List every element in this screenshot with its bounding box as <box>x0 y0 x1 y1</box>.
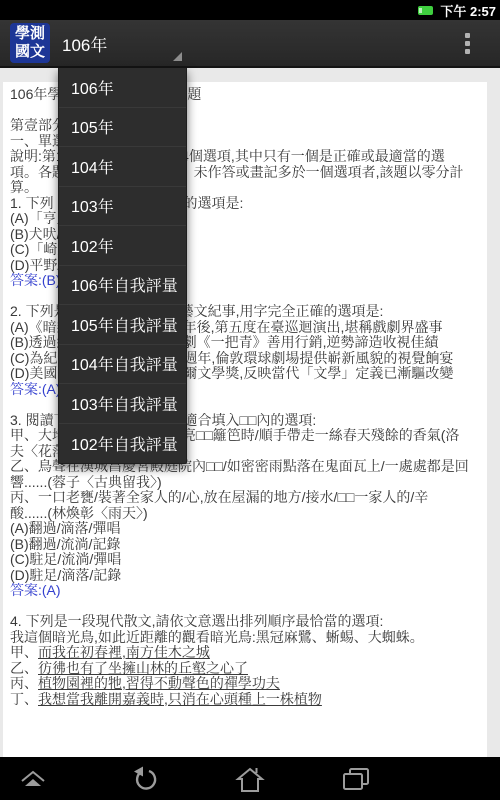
content-line: (A)翻過/滴落/彈唱 <box>10 521 487 537</box>
battery-icon <box>418 6 433 15</box>
content-line: 丙、一口老甕/裝著全家人的/心,放在屋漏的地方/接水/□□一家人的/辛 <box>10 490 487 506</box>
content-line: (C)駐足/流淌/彈唱 <box>10 552 487 568</box>
screen: 下午 2:57 學測 國文 106年 106年學科能力測驗國文科試題第壹部分:選… <box>0 0 500 800</box>
answer-line: 答案:(A) <box>10 583 487 599</box>
recent-apps-icon <box>340 766 372 792</box>
dropdown-item[interactable]: 105年自我評量 <box>59 305 186 345</box>
year-spinner-value: 106年 <box>62 31 107 56</box>
dropdown-item[interactable]: 103年自我評量 <box>59 384 186 424</box>
back-button[interactable] <box>117 762 173 796</box>
hide-navigation-button[interactable] <box>5 762 61 796</box>
dropdown-item[interactable]: 103年 <box>59 187 186 227</box>
dropdown-item[interactable]: 104年 <box>59 147 186 187</box>
overflow-menu-button[interactable] <box>459 27 476 60</box>
back-arrow-icon <box>130 765 160 793</box>
dropdown-item[interactable]: 105年 <box>59 108 186 148</box>
year-spinner[interactable]: 106年 <box>62 20 182 66</box>
content-line <box>10 599 487 615</box>
content-line: 我這個暗光鳥,如此近距離的觀看暗光鳥:黑冠麻鷺、蜥蜴、大蜘蛛。 <box>10 630 487 646</box>
chevron-up-icon <box>18 768 48 790</box>
spinner-caret-icon <box>173 52 182 61</box>
dropdown-item[interactable]: 106年 <box>59 68 186 108</box>
recent-apps-button[interactable] <box>328 762 384 796</box>
dropdown-item[interactable]: 106年自我評量 <box>59 266 186 306</box>
content-line: 甲、而我在初春裡,南方佳木之城 <box>10 645 487 661</box>
content-line: 丁、我想當我離開嘉義時,只消在心頭種上一株植物 <box>10 692 487 708</box>
navigation-bar <box>0 757 500 800</box>
app-logo-line2: 國文 <box>10 43 50 61</box>
content-line: 響......(蓉子〈古典留我〉) <box>10 475 487 491</box>
overflow-dot-icon <box>465 33 470 38</box>
content-line: 酸......(林煥彰〈雨天〉) <box>10 506 487 522</box>
app-logo-line1: 學測 <box>10 25 50 43</box>
content-line: (B)翻過/流淌/記錄 <box>10 537 487 553</box>
home-icon <box>235 765 265 793</box>
content-line: 4. 下列是一段現代散文,請依文意選出排列順序最恰當的選項: <box>10 614 487 630</box>
content-line: (D)駐足/滴落/記錄 <box>10 568 487 584</box>
overflow-dot-icon <box>465 41 470 46</box>
content-line: 乙、彷彿也有了坐擁山林的丘壑之心了 <box>10 661 487 677</box>
overflow-dot-icon <box>465 49 470 54</box>
app-bar: 學測 國文 106年 <box>0 20 500 68</box>
app-logo-icon: 學測 國文 <box>10 23 50 63</box>
status-clock: 下午 2:57 <box>440 1 496 20</box>
dropdown-item[interactable]: 102年 <box>59 226 186 266</box>
year-dropdown-menu: 106年105年104年103年102年106年自我評量105年自我評量104年… <box>58 68 187 464</box>
battery-terminal <box>419 8 422 13</box>
home-button[interactable] <box>222 762 278 796</box>
status-bar: 下午 2:57 <box>0 0 500 20</box>
dropdown-item[interactable]: 104年自我評量 <box>59 345 186 385</box>
dropdown-item[interactable]: 102年自我評量 <box>59 424 186 464</box>
content-line: 丙、植物園裡的牠,習得不動聲色的禪學功夫 <box>10 676 487 692</box>
